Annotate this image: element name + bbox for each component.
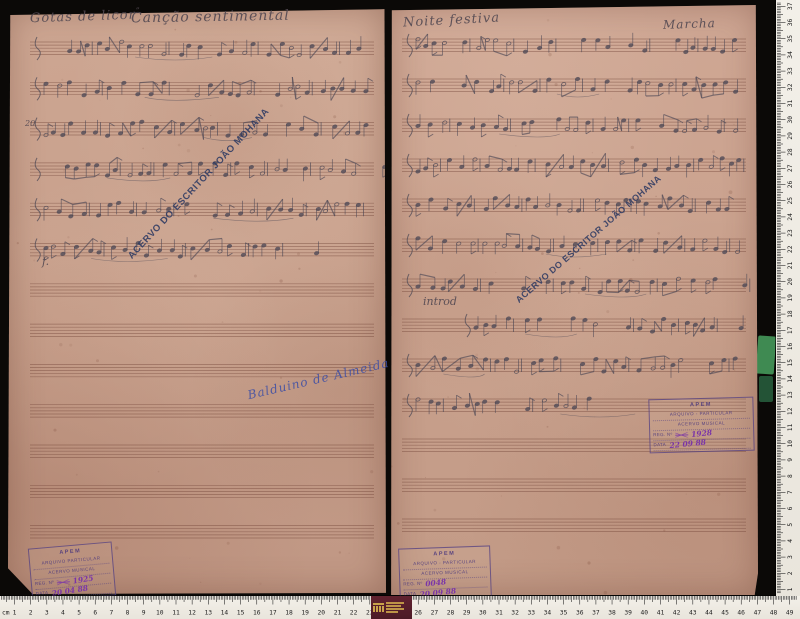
- svg-text:13: 13: [205, 610, 213, 617]
- svg-text:35: 35: [560, 610, 568, 617]
- svg-text:13: 13: [787, 391, 794, 399]
- tick-marks: [777, 3, 786, 593]
- svg-text:cm: cm: [2, 610, 10, 617]
- dynamic-mark: f.: [42, 255, 49, 268]
- svg-text:17: 17: [269, 610, 277, 617]
- svg-text:12: 12: [188, 610, 196, 617]
- svg-text:20: 20: [318, 610, 326, 617]
- svg-text:16: 16: [253, 610, 261, 617]
- registration-stamp-bottom-left: APEM ARQUIVO PARTICULAR ACERVO MUSICAL R…: [28, 541, 116, 602]
- svg-text:4: 4: [61, 610, 65, 617]
- svg-text:7: 7: [787, 490, 794, 494]
- svg-text:42: 42: [673, 610, 681, 617]
- crossed-out-entry: [675, 432, 688, 437]
- svg-text:11: 11: [787, 424, 794, 432]
- svg-text:1: 1: [13, 610, 17, 617]
- staff-lines: [30, 42, 374, 538]
- svg-text:18: 18: [285, 610, 293, 617]
- svg-text:8: 8: [787, 474, 794, 478]
- logo-text-lines: [386, 602, 404, 613]
- green-cloth-patch-dark: [759, 376, 773, 402]
- svg-text:29: 29: [463, 610, 471, 617]
- registration-stamp-right: APEM ARQUIVO - PARTICULAR ACERVO MUSICAL…: [648, 397, 754, 453]
- svg-text:1: 1: [787, 587, 794, 591]
- svg-text:25: 25: [787, 197, 794, 205]
- svg-text:21: 21: [787, 262, 794, 270]
- svg-text:11: 11: [172, 610, 180, 617]
- svg-text:22: 22: [350, 610, 358, 617]
- svg-text:3: 3: [787, 555, 794, 559]
- svg-text:4: 4: [787, 539, 794, 543]
- date-value-handwritten: 22 09 88: [669, 436, 707, 452]
- svg-text:27: 27: [431, 610, 439, 617]
- svg-text:31: 31: [787, 100, 794, 108]
- svg-text:26: 26: [414, 610, 422, 617]
- svg-text:38: 38: [608, 610, 616, 617]
- svg-text:30: 30: [479, 610, 487, 617]
- svg-text:19: 19: [301, 610, 309, 617]
- right-page-genre: Marcha: [663, 16, 716, 32]
- svg-text:16: 16: [787, 343, 794, 351]
- svg-text:29: 29: [787, 132, 794, 140]
- svg-text:33: 33: [528, 610, 536, 617]
- svg-text:8: 8: [126, 610, 130, 617]
- reg-label: REG. Nº: [35, 579, 55, 588]
- svg-text:46: 46: [737, 610, 745, 617]
- svg-text:28: 28: [447, 610, 455, 617]
- svg-text:36: 36: [576, 610, 584, 617]
- music-staves-left: [8, 8, 386, 594]
- svg-text:14: 14: [787, 375, 794, 383]
- svg-text:17: 17: [787, 326, 794, 334]
- svg-text:34: 34: [787, 51, 794, 59]
- svg-text:15: 15: [787, 359, 794, 367]
- svg-text:30: 30: [787, 116, 794, 124]
- svg-text:41: 41: [657, 610, 665, 617]
- svg-text:48: 48: [770, 610, 778, 617]
- svg-text:40: 40: [641, 610, 649, 617]
- svg-text:3: 3: [45, 610, 49, 617]
- svg-text:23: 23: [787, 229, 794, 237]
- svg-text:32: 32: [511, 610, 519, 617]
- svg-text:20: 20: [787, 278, 794, 286]
- svg-text:6: 6: [787, 506, 794, 510]
- svg-text:15: 15: [237, 610, 245, 617]
- svg-text:9: 9: [142, 610, 146, 617]
- scanned-manuscript-view: Gotas de licor” Canção sentimental Noite…: [0, 0, 800, 619]
- svg-text:19: 19: [787, 294, 794, 302]
- svg-text:37: 37: [592, 610, 600, 617]
- registration-stamp-bottom-center: APEM ARQUIVO - PARTICULAR ACERVO MUSICAL…: [398, 545, 492, 602]
- ruler-numbers: 1234567891011121314151617181920212223242…: [787, 2, 794, 591]
- left-page-subtitle: Canção sentimental: [131, 8, 290, 27]
- svg-text:32: 32: [787, 83, 794, 91]
- reg-label: REG. Nº: [403, 580, 423, 588]
- svg-text:12: 12: [787, 407, 794, 415]
- date-label: DATA: [653, 441, 666, 449]
- green-cloth-patch: [756, 335, 777, 374]
- svg-text:24: 24: [787, 213, 794, 221]
- svg-text:10: 10: [156, 610, 164, 617]
- svg-text:14: 14: [221, 610, 229, 617]
- handwritten-notation: [407, 33, 750, 417]
- handwritten-notation: [35, 36, 386, 261]
- archive-logo: [371, 596, 412, 619]
- manuscript-page-left: [8, 8, 386, 594]
- vertical-cm-ruler: 1234567891011121314151617181920212223242…: [776, 0, 800, 596]
- svg-text:37: 37: [787, 2, 794, 10]
- svg-text:5: 5: [787, 523, 794, 527]
- margin-annotation: 20: [25, 119, 35, 128]
- svg-text:44: 44: [705, 610, 713, 617]
- svg-text:31: 31: [495, 610, 503, 617]
- svg-text:45: 45: [721, 610, 729, 617]
- svg-text:33: 33: [787, 67, 794, 75]
- svg-text:22: 22: [787, 245, 794, 253]
- paper-foxing-spots: [17, 29, 374, 586]
- svg-text:10: 10: [787, 440, 794, 448]
- svg-text:21: 21: [334, 610, 342, 617]
- svg-text:2: 2: [787, 571, 794, 575]
- svg-text:26: 26: [787, 181, 794, 189]
- svg-text:28: 28: [787, 148, 794, 156]
- building-icon: [373, 603, 384, 612]
- introduction-label: introd: [423, 295, 457, 308]
- svg-text:6: 6: [93, 610, 97, 617]
- svg-text:27: 27: [787, 164, 794, 172]
- svg-text:5: 5: [77, 610, 81, 617]
- ruler-ticks-right: 1234567891011121314151617181920212223242…: [776, 0, 800, 596]
- svg-text:39: 39: [624, 610, 632, 617]
- svg-text:2: 2: [29, 610, 33, 617]
- crossed-out-entry: [57, 579, 70, 585]
- svg-text:35: 35: [787, 35, 794, 43]
- reg-label: REG. Nº: [653, 431, 672, 439]
- svg-text:34: 34: [544, 610, 552, 617]
- svg-text:18: 18: [787, 310, 794, 318]
- svg-text:43: 43: [689, 610, 697, 617]
- svg-text:36: 36: [787, 19, 794, 27]
- svg-text:7: 7: [110, 610, 114, 617]
- svg-text:9: 9: [787, 458, 794, 462]
- svg-text:47: 47: [754, 610, 762, 617]
- svg-text:49: 49: [786, 610, 794, 617]
